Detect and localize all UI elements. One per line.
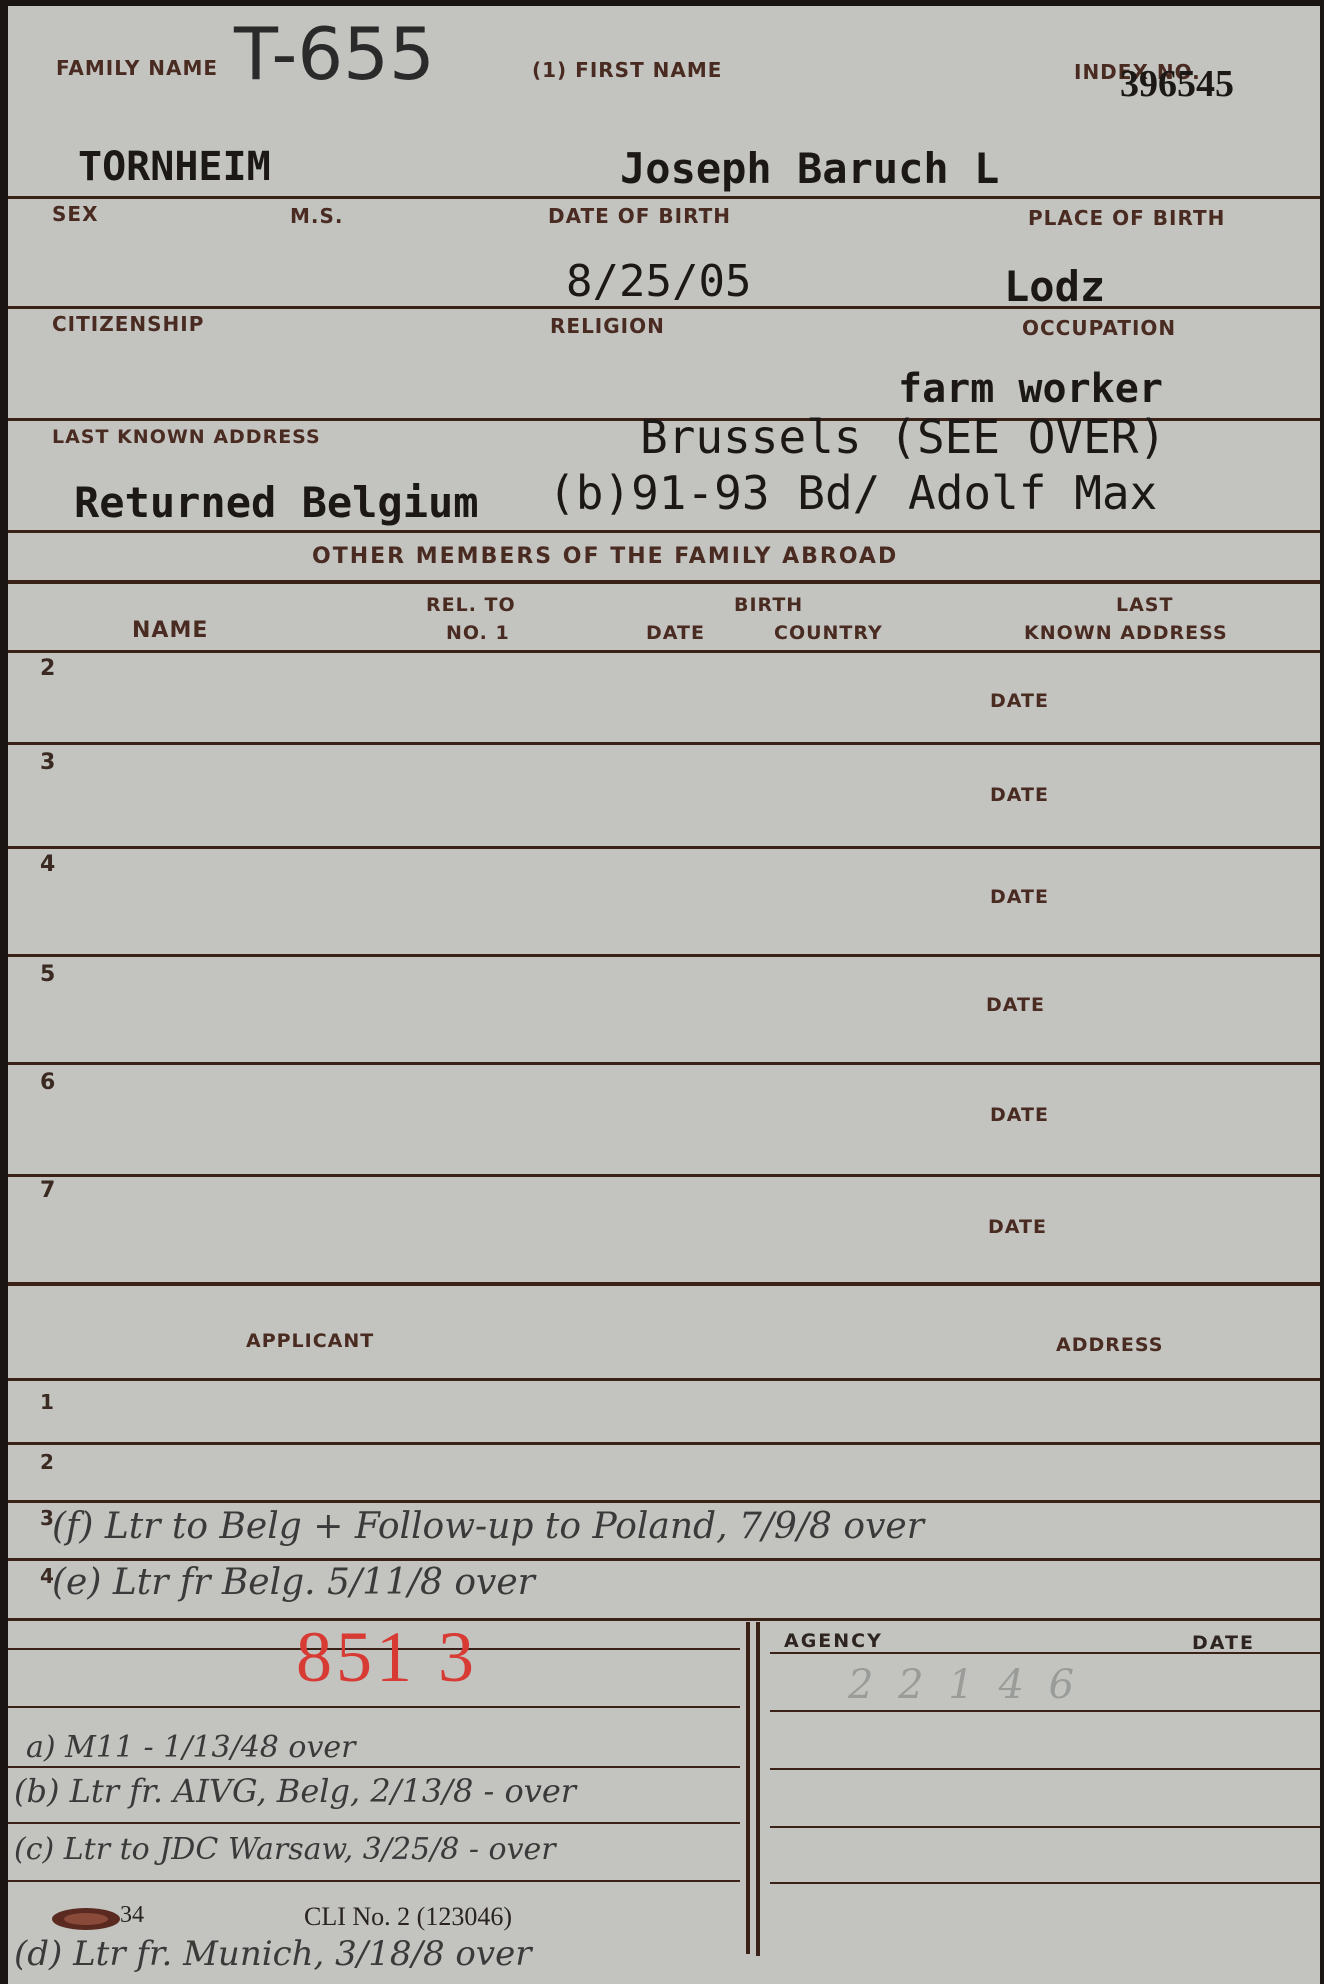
first-name-value: Joseph Baruch L	[620, 144, 999, 193]
rule	[8, 580, 1320, 584]
rule	[8, 954, 1320, 957]
rule	[8, 196, 1320, 199]
rule	[8, 1442, 1320, 1445]
col-birth-country: COUNTRY	[774, 622, 883, 644]
applicant-note: (f) Ltr to Belg + Follow-up to Poland, 7…	[52, 1506, 924, 1547]
marital-status-label: M.S.	[290, 204, 344, 228]
date-of-birth-label: DATE OF BIRTH	[548, 204, 731, 228]
rule	[8, 1558, 1320, 1561]
note-a: a) M11 - 1/13/48 over	[26, 1730, 356, 1765]
religion-label: RELIGION	[550, 314, 665, 338]
rule	[8, 1618, 1320, 1621]
last-known-address-label: LAST KNOWN ADDRESS	[52, 426, 321, 448]
place-of-birth-label: PLACE OF BIRTH	[1028, 206, 1225, 230]
rule	[8, 1880, 740, 1882]
note-c: (c) Ltr to JDC Warsaw, 3/25/8 - over	[14, 1832, 556, 1867]
rule	[8, 1062, 1320, 1065]
index-no-value: 396545	[1120, 62, 1234, 106]
row-number: 3	[40, 750, 55, 775]
col-birth-date: DATE	[646, 622, 705, 644]
rule	[8, 306, 1320, 309]
rule	[8, 1500, 1320, 1503]
divider	[746, 1622, 750, 1954]
row-date-label: DATE	[990, 1104, 1049, 1126]
col-rel-bottom: NO. 1	[446, 622, 510, 644]
applicant-row-number: 1	[40, 1390, 54, 1414]
first-name-label: (1) FIRST NAME	[532, 58, 722, 82]
rule	[770, 1652, 1320, 1654]
row-number: 7	[40, 1178, 55, 1203]
rule	[8, 1766, 740, 1768]
applicant-label: APPLICANT	[246, 1330, 374, 1352]
address-line-2-right: (b)91-93 Bd/ Adolf Max	[548, 466, 1157, 520]
sex-label: SEX	[52, 202, 99, 226]
agency-date-label: DATE	[1192, 1632, 1255, 1654]
row-number: 2	[40, 656, 55, 681]
col-name: NAME	[132, 618, 208, 643]
family-name-value: TORNHEIM	[78, 144, 271, 190]
note-d: (d) Ltr fr. Munich, 3/18/8 over	[14, 1934, 531, 1974]
rule	[8, 650, 1320, 653]
col-last-top: LAST	[1116, 594, 1173, 616]
place-of-birth-value: Lodz	[1004, 262, 1105, 311]
family-abroad-title: OTHER MEMBERS OF THE FAMILY ABROAD	[312, 544, 898, 569]
rule	[770, 1826, 1320, 1828]
case-number-handwritten: T-655	[234, 12, 435, 96]
col-last-bottom: KNOWN ADDRESS	[1024, 622, 1228, 644]
rule	[8, 530, 1320, 533]
row-date-label: DATE	[990, 690, 1049, 712]
citizenship-label: CITIZENSHIP	[52, 312, 204, 336]
rule	[8, 1822, 740, 1824]
rule	[8, 1174, 1320, 1177]
col-birth: BIRTH	[734, 594, 803, 616]
note-b: (b) Ltr fr. AIVG, Belg, 2/13/8 - over	[14, 1772, 576, 1810]
row-number: 4	[40, 852, 55, 877]
row-date-label: DATE	[990, 886, 1049, 908]
address-line-2-left: Returned Belgium	[74, 478, 479, 527]
family-name-label: FAMILY NAME	[56, 56, 218, 80]
index-card: FAMILY NAME T-655 (1) FIRST NAME INDEX N…	[8, 6, 1320, 1984]
rule	[8, 1706, 740, 1708]
row-date-label: DATE	[986, 994, 1045, 1016]
row-date-label: DATE	[988, 1216, 1047, 1238]
union-label-icon	[50, 1906, 122, 1932]
union-number: 34	[120, 1902, 144, 1929]
col-rel-top: REL. TO	[426, 594, 516, 616]
form-id: CLI No. 2 (123046)	[304, 1902, 512, 1932]
rule	[8, 846, 1320, 849]
address-line-1: Brussels (SEE OVER)	[640, 410, 1166, 464]
applicant-note: (e) Ltr fr Belg. 5/11/8 over	[52, 1562, 535, 1603]
row-number: 5	[40, 962, 55, 987]
faint-pencil-note: 2 2 1 4 6	[848, 1662, 1080, 1708]
divider	[756, 1622, 760, 1956]
rule	[770, 1710, 1320, 1712]
row-number: 6	[40, 1070, 55, 1095]
rule	[8, 742, 1320, 745]
occupation-value: farm worker	[898, 366, 1163, 412]
occupation-label: OCCUPATION	[1022, 316, 1176, 340]
rule	[8, 1282, 1320, 1286]
rule	[770, 1768, 1320, 1770]
date-of-birth-value: 8/25/05	[566, 256, 751, 307]
red-stamp: 851 3	[296, 1616, 478, 1699]
applicant-address-label: ADDRESS	[1056, 1334, 1163, 1356]
rule	[8, 1378, 1320, 1381]
rule	[770, 1882, 1320, 1884]
agency-label: AGENCY	[784, 1630, 883, 1652]
applicant-row-number: 2	[40, 1450, 54, 1474]
row-date-label: DATE	[990, 784, 1049, 806]
